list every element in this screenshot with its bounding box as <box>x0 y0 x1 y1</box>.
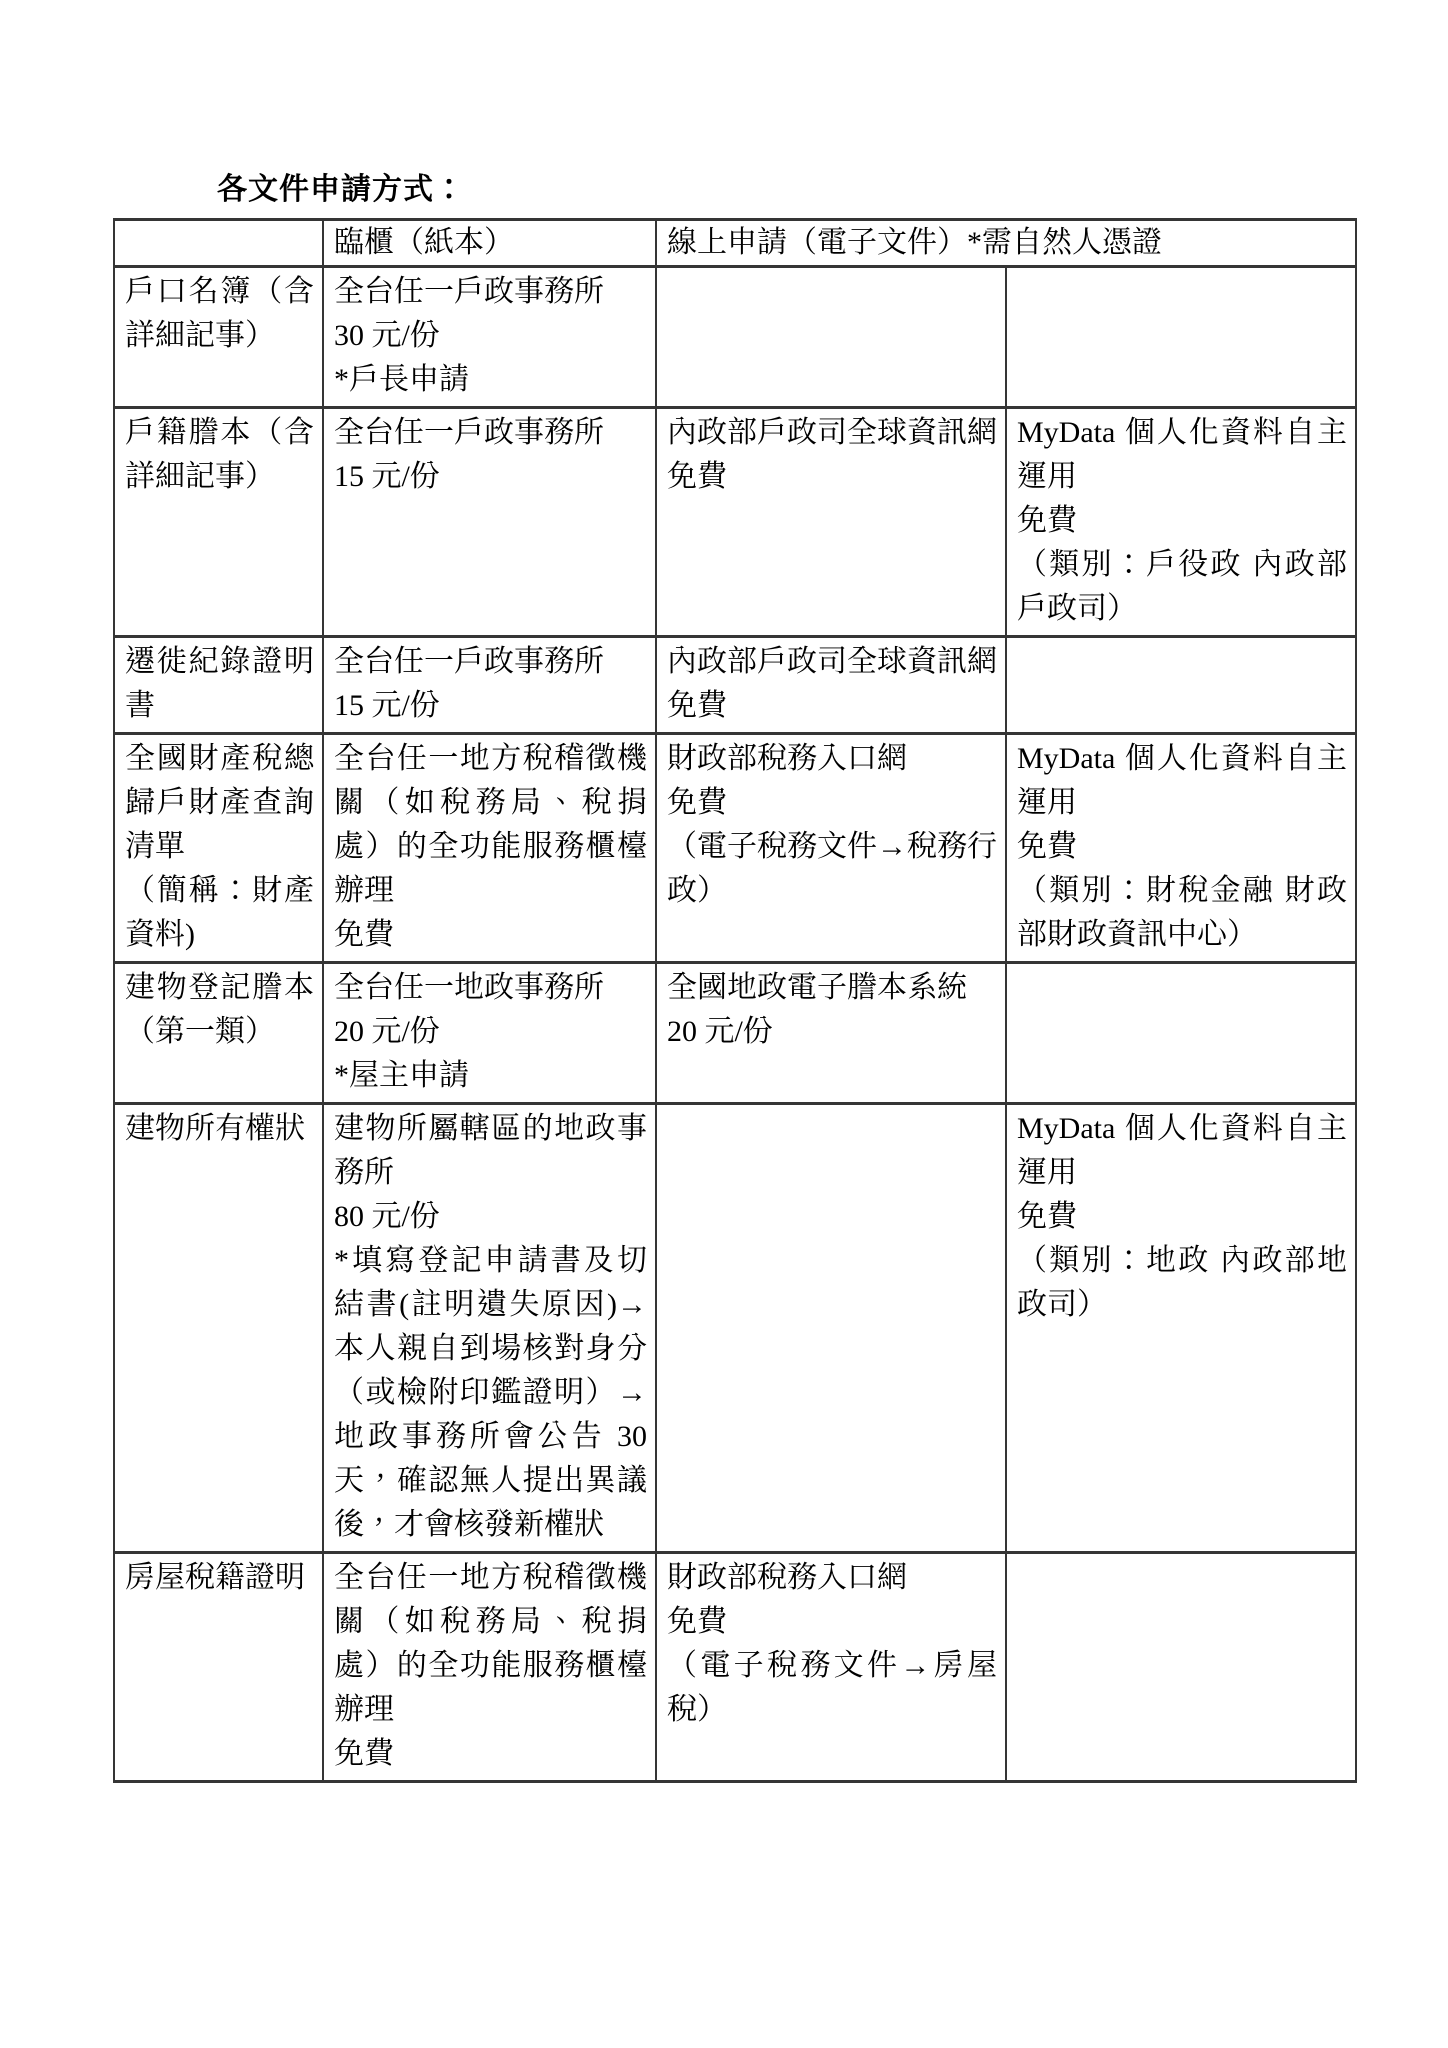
mydata-cell <box>1006 267 1356 408</box>
counter-service-cell: 全台任一地方稅稽徵機關（如稅務局、稅捐處）的全功能服務櫃檯辦理 免費 <box>323 734 656 963</box>
counter-service-cell: 全台任一戶政事務所 30 元/份 *戶長申請 <box>323 267 656 408</box>
counter-service-cell: 全台任一地政事務所 20 元/份 *屋主申請 <box>323 963 656 1104</box>
table-row: 戶口名簿（含詳細記事） 全台任一戶政事務所 30 元/份 *戶長申請 <box>114 267 1356 408</box>
online-portal-cell: 全國地政電子謄本系統 20 元/份 <box>656 963 1006 1104</box>
counter-service-cell: 建物所屬轄區的地政事務所 80 元/份 *填寫登記申請書及切結書(註明遺失原因)… <box>323 1104 656 1553</box>
table-row: 戶籍謄本（含詳細記事） 全台任一戶政事務所 15 元/份 內政部戶政司全球資訊網… <box>114 408 1356 637</box>
counter-service-cell: 全台任一地方稅稽徵機關（如稅務局、稅捐處）的全功能服務櫃檯辦理 免費 <box>323 1553 656 1782</box>
doc-type-cell: 房屋稅籍證明 <box>114 1553 323 1782</box>
application-methods-table: 臨櫃（紙本） 線上申請（電子文件）*需自然人憑證 戶口名簿（含詳細記事） 全台任… <box>113 218 1357 1783</box>
doc-type-cell: 戶口名簿（含詳細記事） <box>114 267 323 408</box>
online-portal-cell <box>656 267 1006 408</box>
table-row: 建物所有權狀 建物所屬轄區的地政事務所 80 元/份 *填寫登記申請書及切結書(… <box>114 1104 1356 1553</box>
counter-service-cell: 全台任一戶政事務所 15 元/份 <box>323 637 656 734</box>
header-online-cell: 線上申請（電子文件）*需自然人憑證 <box>656 220 1356 267</box>
header-counter-cell: 臨櫃（紙本） <box>323 220 656 267</box>
header-blank-cell <box>114 220 323 267</box>
doc-type-cell: 遷徙紀錄證明書 <box>114 637 323 734</box>
table-row: 遷徙紀錄證明書 全台任一戶政事務所 15 元/份 內政部戶政司全球資訊網 免費 <box>114 637 1356 734</box>
doc-type-cell: 戶籍謄本（含詳細記事） <box>114 408 323 637</box>
mydata-cell: MyData 個人化資料自主運用 免費 （類別：財稅金融 財政部財政資訊中心） <box>1006 734 1356 963</box>
table-row: 房屋稅籍證明 全台任一地方稅稽徵機關（如稅務局、稅捐處）的全功能服務櫃檯辦理 免… <box>114 1553 1356 1782</box>
online-portal-cell: 內政部戶政司全球資訊網 免費 <box>656 408 1006 637</box>
doc-type-cell: 建物所有權狀 <box>114 1104 323 1553</box>
table-header-row: 臨櫃（紙本） 線上申請（電子文件）*需自然人憑證 <box>114 220 1356 267</box>
table-row: 建物登記謄本（第一類） 全台任一地政事務所 20 元/份 *屋主申請 全國地政電… <box>114 963 1356 1104</box>
mydata-cell <box>1006 637 1356 734</box>
online-portal-cell: 內政部戶政司全球資訊網 免費 <box>656 637 1006 734</box>
mydata-cell: MyData 個人化資料自主運用 免費 （類別：戶役政 內政部戶政司） <box>1006 408 1356 637</box>
mydata-cell <box>1006 1553 1356 1782</box>
doc-type-cell: 建物登記謄本（第一類） <box>114 963 323 1104</box>
online-portal-cell: 財政部稅務入口網 免費 （電子稅務文件→房屋稅） <box>656 1553 1006 1782</box>
mydata-cell: MyData 個人化資料自主運用 免費 （類別：地政 內政部地政司） <box>1006 1104 1356 1553</box>
mydata-cell <box>1006 963 1356 1104</box>
page-title: 各文件申請方式： <box>217 171 465 209</box>
online-portal-cell: 財政部稅務入口網 免費 （電子稅務文件→稅務行政） <box>656 734 1006 963</box>
online-portal-cell <box>656 1104 1006 1553</box>
table-row: 全國財產稅總歸戶財產查詢清單 （簡稱：財產資料) 全台任一地方稅稽徵機關（如稅務… <box>114 734 1356 963</box>
doc-type-cell: 全國財產稅總歸戶財產查詢清單 （簡稱：財產資料) <box>114 734 323 963</box>
document-page: 各文件申請方式： 臨櫃（紙本） 線上申請（電子文件）*需自然人憑證 戶口名簿（含… <box>0 0 1448 2048</box>
counter-service-cell: 全台任一戶政事務所 15 元/份 <box>323 408 656 637</box>
